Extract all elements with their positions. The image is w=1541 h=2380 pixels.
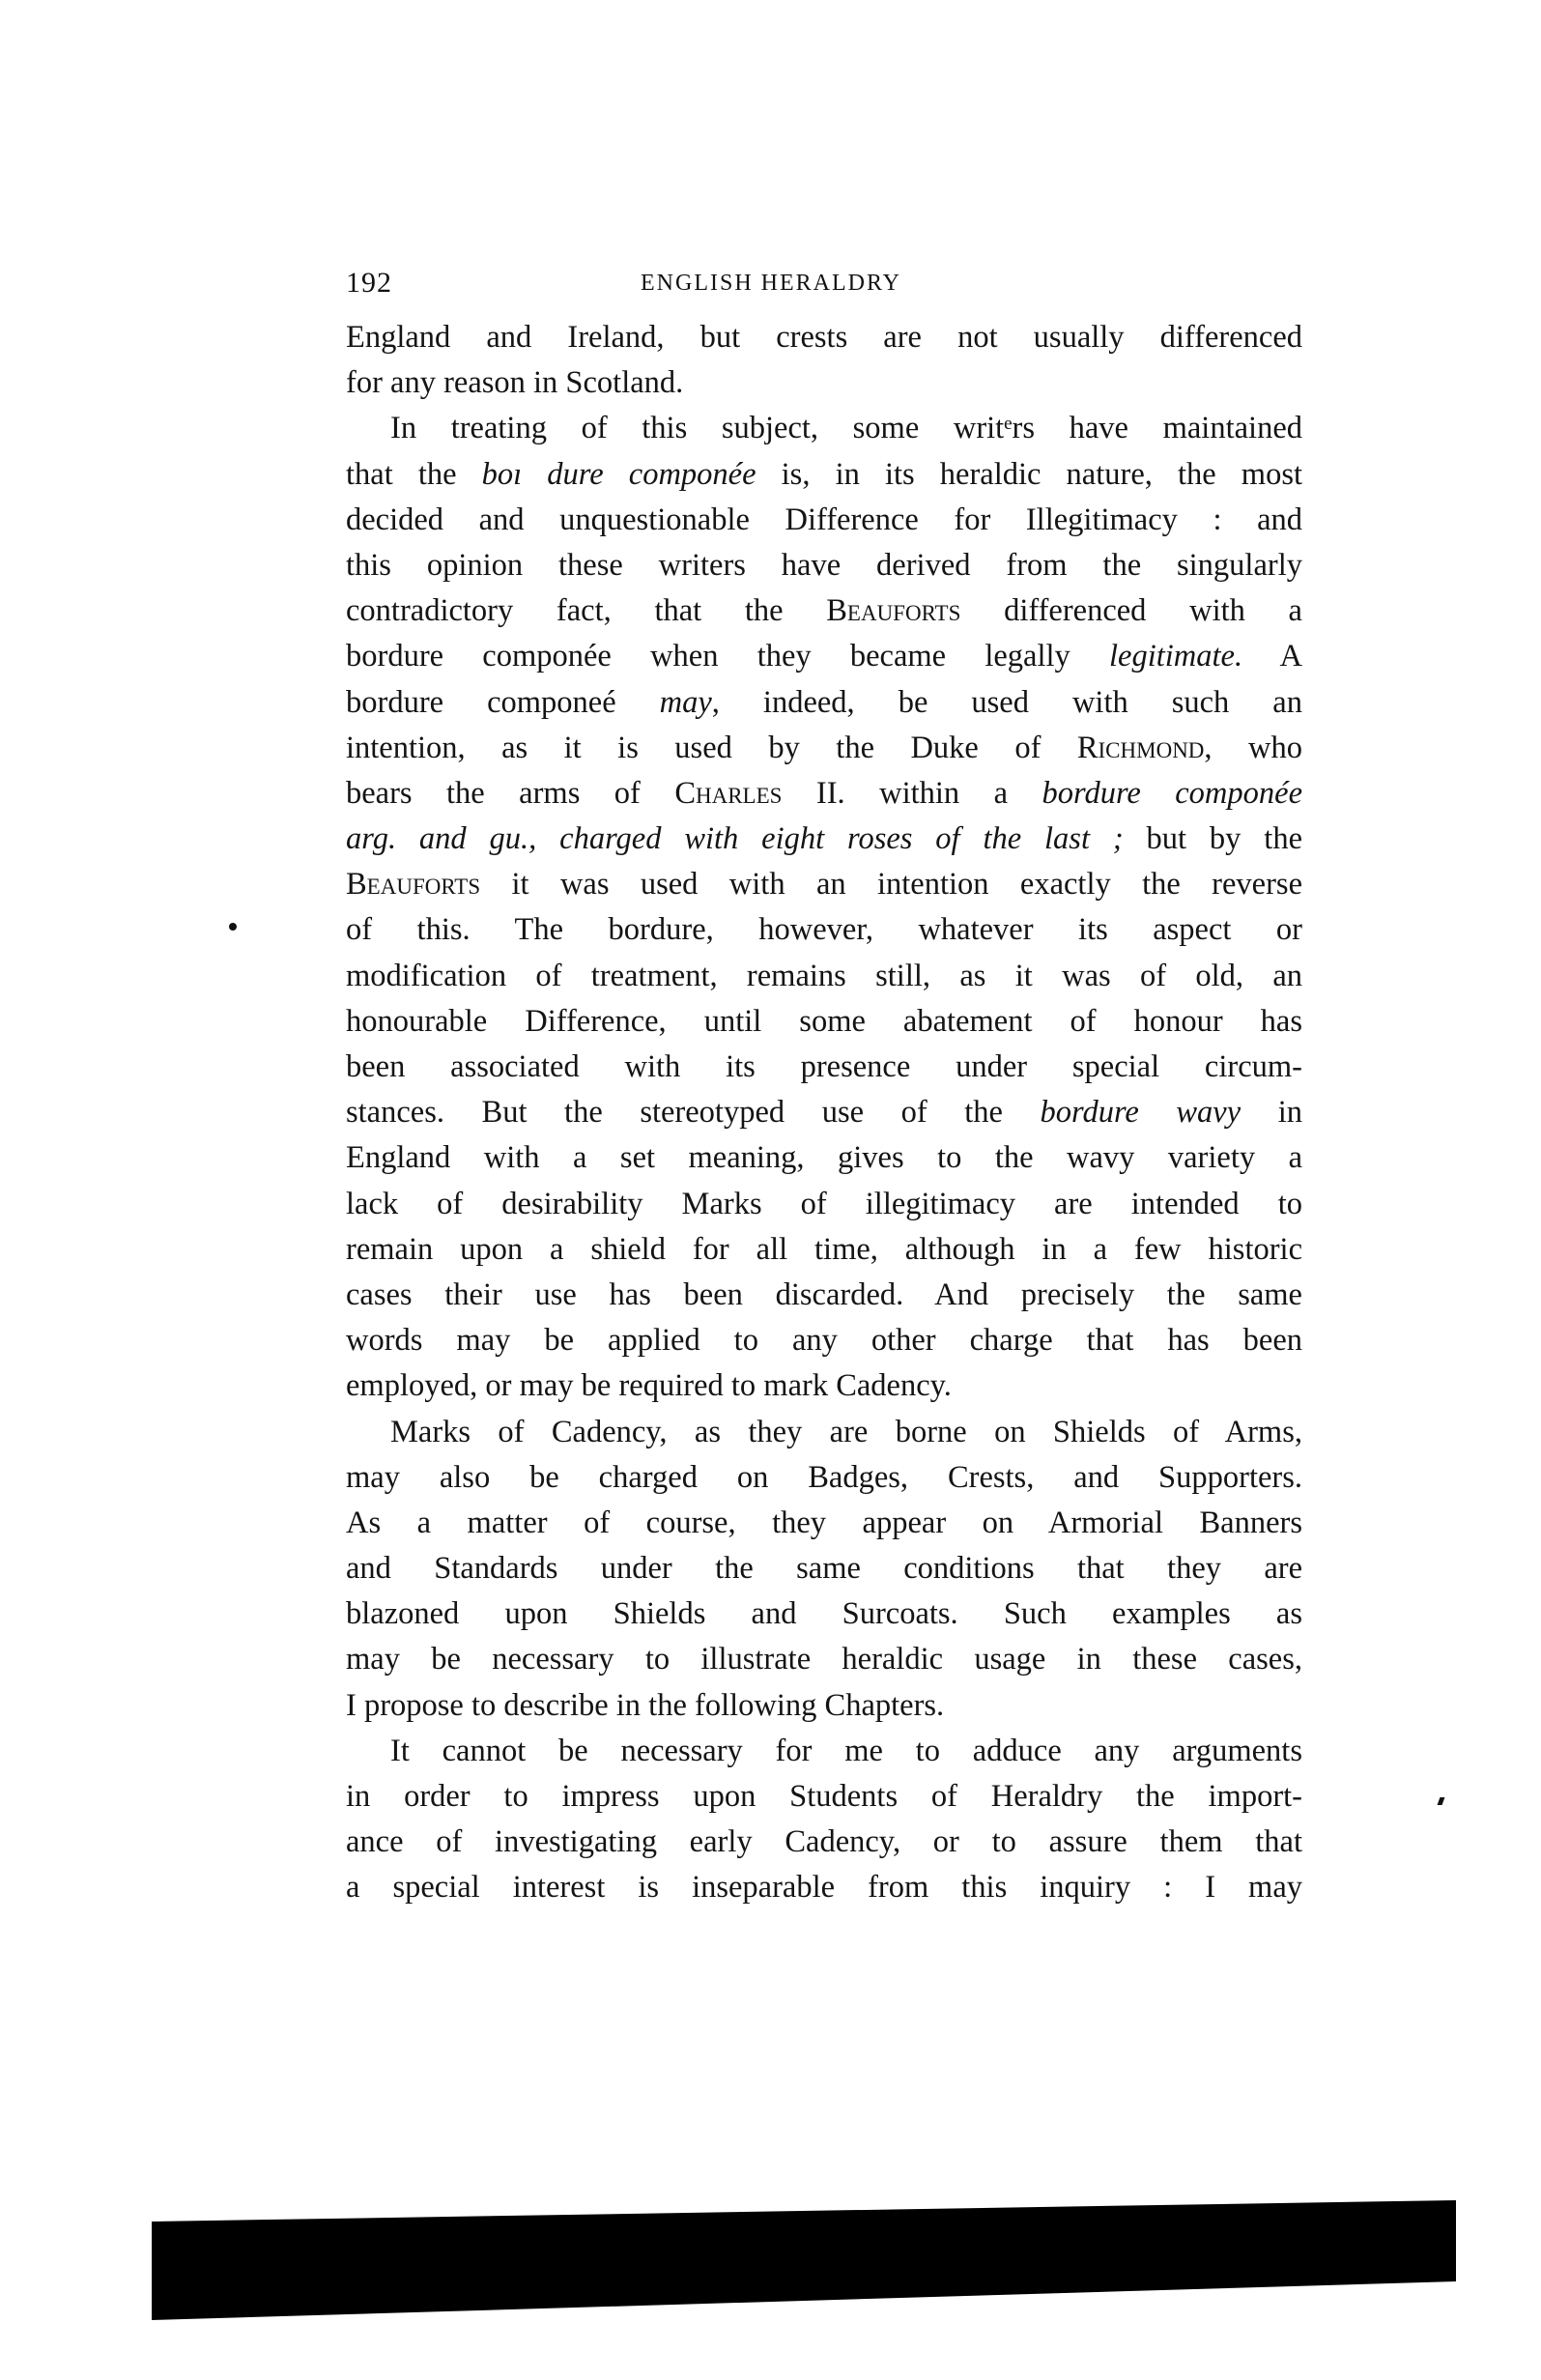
text-line: bordure componeé may, indeed, be used wi… xyxy=(346,680,1302,726)
text-run: stances. But the stereotyped use of the xyxy=(346,1095,1041,1130)
text-run: employed, or may be required to mark Cad… xyxy=(346,1368,952,1403)
text-line: England and Ireland, but crests are not … xyxy=(346,315,1302,360)
text-run: it was used with an intention exactly th… xyxy=(480,867,1302,902)
italic-run: bordure componée xyxy=(1042,776,1303,811)
text-run: As a matter of course, they appear on Ar… xyxy=(346,1505,1302,1540)
text-run: remain upon a shield for all time, altho… xyxy=(346,1232,1302,1267)
text-run: words may be applied to any other charge… xyxy=(346,1323,1302,1358)
text-line: this opinion these writers have derived … xyxy=(346,543,1302,588)
text-line: England with a set meaning, gives to the… xyxy=(346,1135,1302,1181)
small-caps-name: Richmond xyxy=(1077,731,1205,765)
text-run: for any reason in Scotland. xyxy=(346,365,683,400)
text-run: It cannot be necessary for me to adduce … xyxy=(390,1734,1302,1768)
text-run: of this. The bordure, however, whatever … xyxy=(346,912,1302,947)
margin-mark-artifact xyxy=(1438,1797,1445,1805)
small-caps-name: Beauforts xyxy=(826,593,960,628)
text-run: I propose to describe in the following C… xyxy=(346,1688,944,1723)
text-run: bears the arms of xyxy=(346,776,674,811)
text-run: this opinion these writers have derived … xyxy=(346,548,1302,583)
text-line: a special interest is inseparable from t… xyxy=(346,1865,1302,1910)
text-line: may be necessary to illustrate heraldic … xyxy=(346,1637,1302,1682)
text-run: ance of investigating early Cadency, or … xyxy=(346,1824,1302,1859)
text-line: contradictory fact, that the Beauforts d… xyxy=(346,588,1302,634)
small-caps-name: Charles xyxy=(674,776,782,811)
text-line: bordure componée when they became legall… xyxy=(346,634,1302,679)
text-run: A xyxy=(1242,639,1302,674)
text-line: employed, or may be required to mark Cad… xyxy=(346,1363,1302,1409)
text-run: that the xyxy=(346,457,482,492)
text-line: for any reason in Scotland. xyxy=(346,360,1302,406)
small-caps-name: Beauforts xyxy=(346,867,480,902)
text-run: cases their use has been discarded. And … xyxy=(346,1277,1302,1312)
text-line: may also be charged on Badges, Crests, a… xyxy=(346,1455,1302,1501)
text-run: Marks of Cadency, as they are borne on S… xyxy=(390,1415,1302,1449)
text-line: blazoned upon Shields and Surcoats. Such… xyxy=(346,1591,1302,1637)
italic-run: may xyxy=(660,685,712,720)
text-run: blazoned upon Shields and Surcoats. Such… xyxy=(346,1596,1302,1631)
text-line: ance of investigating early Cadency, or … xyxy=(346,1820,1302,1865)
text-run: bordure componée when they became legall… xyxy=(346,639,1109,674)
text-run: been associated with its presence under … xyxy=(346,1049,1302,1084)
text-run: intention, as it is used by the Duke of xyxy=(346,731,1077,765)
text-run: bordure componeé xyxy=(346,685,660,720)
scan-edge-black-bar xyxy=(152,2200,1456,2320)
text-run: , indeed, be used with such an xyxy=(712,685,1302,720)
text-line: stances. But the stereotyped use of the … xyxy=(346,1090,1302,1135)
text-run: honourable Difference, until some abatem… xyxy=(346,1004,1302,1039)
italic-run: boı dure componée xyxy=(482,457,756,492)
text-line: In treating of this subject, some writᵉr… xyxy=(346,406,1302,451)
text-run: , who xyxy=(1204,731,1302,765)
text-run: is, in its heraldic nature, the most xyxy=(756,457,1302,492)
italic-run: arg. and gu., charged with eight roses o… xyxy=(346,821,1124,856)
text-run: a special interest is inseparable from t… xyxy=(346,1870,1302,1905)
text-line: bears the arms of Charles II. within a b… xyxy=(346,771,1302,817)
text-line: that the boı dure componée is, in its he… xyxy=(346,452,1302,498)
text-run: decided and unquestionable Difference fo… xyxy=(346,502,1302,537)
body-text: England and Ireland, but crests are not … xyxy=(346,315,1302,1911)
text-run: contradictory fact, that the xyxy=(346,593,826,628)
margin-dot-artifact xyxy=(229,923,237,931)
text-line: As a matter of course, they appear on Ar… xyxy=(346,1501,1302,1546)
book-page: 192 ENGLISH HERALDRY England and Ireland… xyxy=(0,0,1541,2380)
text-line: intention, as it is used by the Duke of … xyxy=(346,726,1302,771)
text-run: differenced with a xyxy=(960,593,1302,628)
text-line: and Standards under the same conditions … xyxy=(346,1546,1302,1591)
text-line: in order to impress upon Students of Her… xyxy=(346,1774,1302,1820)
italic-run: legitimate. xyxy=(1109,639,1242,674)
running-title: ENGLISH HERALDRY xyxy=(641,271,901,297)
text-run: lack of desirability Marks of illegitima… xyxy=(346,1187,1302,1221)
text-run: II. within a xyxy=(782,776,1042,811)
text-run: In treating of this subject, some writᵉr… xyxy=(390,411,1302,445)
text-line: Marks of Cadency, as they are borne on S… xyxy=(346,1410,1302,1455)
text-line: arg. and gu., charged with eight roses o… xyxy=(346,817,1302,862)
text-line: modification of treatment, remains still… xyxy=(346,954,1302,999)
text-line: of this. The bordure, however, whatever … xyxy=(346,907,1302,953)
text-line: words may be applied to any other charge… xyxy=(346,1318,1302,1363)
text-run: England and Ireland, but crests are not … xyxy=(346,320,1302,355)
italic-run: bordure wavy xyxy=(1041,1095,1241,1130)
text-line: I propose to describe in the following C… xyxy=(346,1683,1302,1729)
text-run: modification of treatment, remains still… xyxy=(346,959,1302,993)
text-run: England with a set meaning, gives to the… xyxy=(346,1140,1302,1175)
page-number: 192 xyxy=(346,267,392,300)
running-head: 192 ENGLISH HERALDRY xyxy=(346,267,1299,298)
text-line: lack of desirability Marks of illegitima… xyxy=(346,1182,1302,1227)
text-line: cases their use has been discarded. And … xyxy=(346,1273,1302,1318)
text-run: but by the xyxy=(1124,821,1302,856)
text-line: honourable Difference, until some abatem… xyxy=(346,999,1302,1045)
text-run: in xyxy=(1241,1095,1302,1130)
text-run: in order to impress upon Students of Her… xyxy=(346,1779,1302,1814)
text-run: may be necessary to illustrate heraldic … xyxy=(346,1642,1302,1677)
text-line: It cannot be necessary for me to adduce … xyxy=(346,1729,1302,1774)
text-line: been associated with its presence under … xyxy=(346,1045,1302,1090)
text-run: and Standards under the same conditions … xyxy=(346,1551,1302,1586)
text-line: decided and unquestionable Difference fo… xyxy=(346,498,1302,543)
text-line: Beauforts it was used with an intention … xyxy=(346,862,1302,907)
text-line: remain upon a shield for all time, altho… xyxy=(346,1227,1302,1273)
text-run: may also be charged on Badges, Crests, a… xyxy=(346,1460,1302,1495)
